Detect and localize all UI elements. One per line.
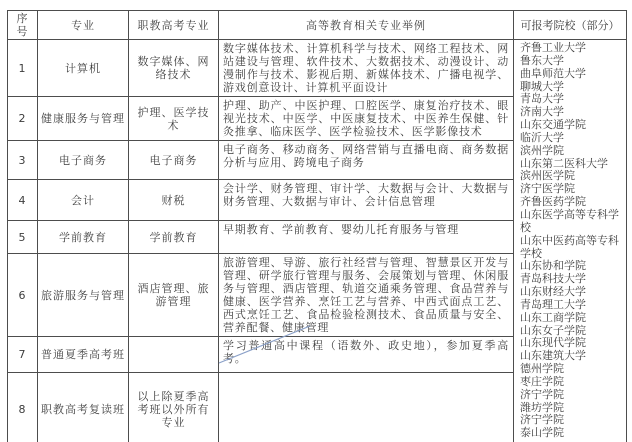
row-no: 2 [8, 97, 38, 141]
college-item: 山东中医药高等专科学校 [520, 235, 624, 261]
row-major: 会计 [38, 180, 129, 221]
college-item: 山东财经大学 [520, 286, 624, 299]
header-colleges: 可报考院校（部分） [514, 11, 627, 40]
row-no: 4 [8, 180, 38, 221]
row-examples: 旅游管理、导游、旅行社经营与管理、智慧景区开发与管理、研学旅行管理与服务、会展策… [219, 254, 514, 337]
college-item: 山东医学高等专科学校 [520, 209, 624, 235]
row-major: 计算机 [38, 40, 129, 97]
row-vocational: 酒店管理、旅游管理 [129, 254, 219, 337]
row-vocational: 学前教育 [129, 221, 219, 254]
row-examples: 电子商务、移动商务、网络营销与直播电商、商务数据分析与应用、跨境电子商务 [219, 141, 514, 180]
college-item: 鲁东大学 [520, 55, 624, 68]
row-no: 7 [8, 337, 38, 373]
row-no: 1 [8, 40, 38, 97]
row-major: 电子商务 [38, 141, 129, 180]
college-item: 滨州学院 [520, 145, 624, 158]
college-item: 青岛理工大学 [520, 299, 624, 312]
row-examples: 数字媒体技术、计算机科学与技术、网络工程技术、网站建设与管理、软件技术、大数据技… [219, 40, 514, 97]
college-item: 山东交通学院 [520, 119, 624, 132]
row-major: 学前教育 [38, 221, 129, 254]
row-vocational: 电子商务 [129, 141, 219, 180]
header-no-label: 序号 [16, 12, 29, 38]
college-item: 临沂大学 [520, 132, 624, 145]
college-item: 济宁学院 [520, 389, 624, 402]
row-major: 普通夏季高考班 [38, 337, 129, 373]
college-item: 德州学院 [520, 363, 624, 376]
row-examples: 早期教育、学前教育、婴幼儿托育服务与管理 [219, 221, 514, 254]
header-no: 序号 [8, 11, 38, 40]
college-item: 枣庄学院 [520, 376, 624, 389]
row-no: 3 [8, 141, 38, 180]
row-no: 6 [8, 254, 38, 337]
college-item: 山东工商学院 [520, 312, 624, 325]
row-major: 职教高考复读班 [38, 373, 129, 442]
header-vocational: 职教高考专业 [129, 11, 219, 40]
table-row: 1 计算机 数字媒体、网络技术 数字媒体技术、计算机科学与技术、网络工程技术、网… [8, 40, 627, 97]
row-major: 健康服务与管理 [38, 97, 129, 141]
program-table: 序号 专业 职教高考专业 高等教育相关专业举例 可报考院校（部分） 1 计算机 … [7, 10, 627, 442]
row-vocational: 护理、医学技术 [129, 97, 219, 141]
header-examples: 高等教育相关专业举例 [219, 11, 514, 40]
header-row: 序号 专业 职教高考专业 高等教育相关专业举例 可报考院校（部分） [8, 11, 627, 40]
row-vocational: 以上除夏季高考班以外所有专业 [129, 373, 219, 442]
row-examples: 护理、助产、中医护理、口腔医学、康复治疗技术、眼视光技术、中医学、中医康复技术、… [219, 97, 514, 141]
college-item: 齐鲁工业大学 [520, 42, 624, 55]
row-examples: 会计学、财务管理、审计学、大数据与会计、大数据与财务管理、大数据与审计、会计信息… [219, 180, 514, 221]
colleges-list: 齐鲁工业大学鲁东大学曲阜师范大学聊城大学青岛大学济南大学山东交通学院临沂大学滨州… [514, 40, 627, 442]
row-examples [219, 373, 514, 442]
college-item: 曲阜师范大学 [520, 68, 624, 81]
row-vocational [129, 337, 219, 373]
row-vocational: 数字媒体、网络技术 [129, 40, 219, 97]
row-no: 5 [8, 221, 38, 254]
header-major: 专业 [38, 11, 129, 40]
row-major: 旅游服务与管理 [38, 254, 129, 337]
row-vocational: 财税 [129, 180, 219, 221]
row-examples: 学习普通高中课程（语数外、政史地），参加夏季高考。 [219, 337, 514, 373]
college-item: 泰山学院 [520, 427, 624, 440]
row-no: 8 [8, 373, 38, 442]
